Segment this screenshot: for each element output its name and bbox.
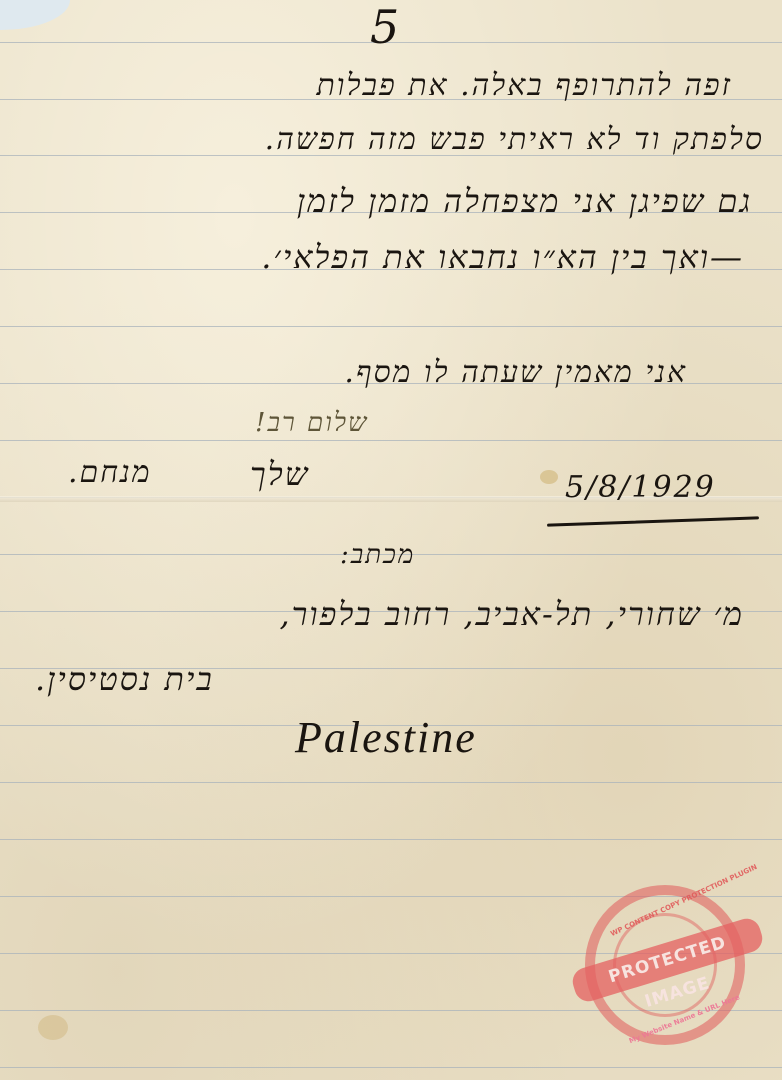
address-line-2: בית נסטיסין. [35,660,214,698]
ruled-line [0,782,782,783]
ruled-line [0,839,782,840]
paper-stain [38,1015,68,1040]
letter-date: 5/8/1929 [565,470,716,505]
page-number: 5 [370,0,401,54]
letter-line-4: —ואך בין הא״ו נחבאו את הפלאי׳. [261,238,744,276]
address-country: Palestine [295,712,477,763]
letter-line-3: גם שפיגן אני מצפחלה מזמן לזמן [297,182,752,220]
ruled-line [0,440,782,441]
address-line-1: מ׳ שחורי, תל-אביב, רחוב בלפור, [279,595,744,633]
ruled-line [0,326,782,327]
signature-name: מנחם. [68,455,152,490]
date-underline [547,516,759,526]
letter-page: 5 זפה להתרופף באלה. את פבלות סלפתק וד לא… [0,0,782,1080]
letter-line-2: סלפתק וד לא ראיתי פבש מזה חפשה. [265,122,764,157]
protected-image-watermark: WP CONTENT COPY PROTECTION PLUGIN PROTEC… [575,885,755,1045]
signature-prefix: שלך [250,455,309,493]
ink-stain [540,470,558,484]
closing-interjection: שלום רב! [255,408,368,438]
closing-line: אני מאמין שעתה לו מסף. [344,355,687,390]
ruled-line [0,1067,782,1068]
torn-corner [0,0,70,30]
letter-line-1: זפה להתרופף באלה. את פבלות [317,68,732,103]
address-label: מכתב: [340,540,415,570]
